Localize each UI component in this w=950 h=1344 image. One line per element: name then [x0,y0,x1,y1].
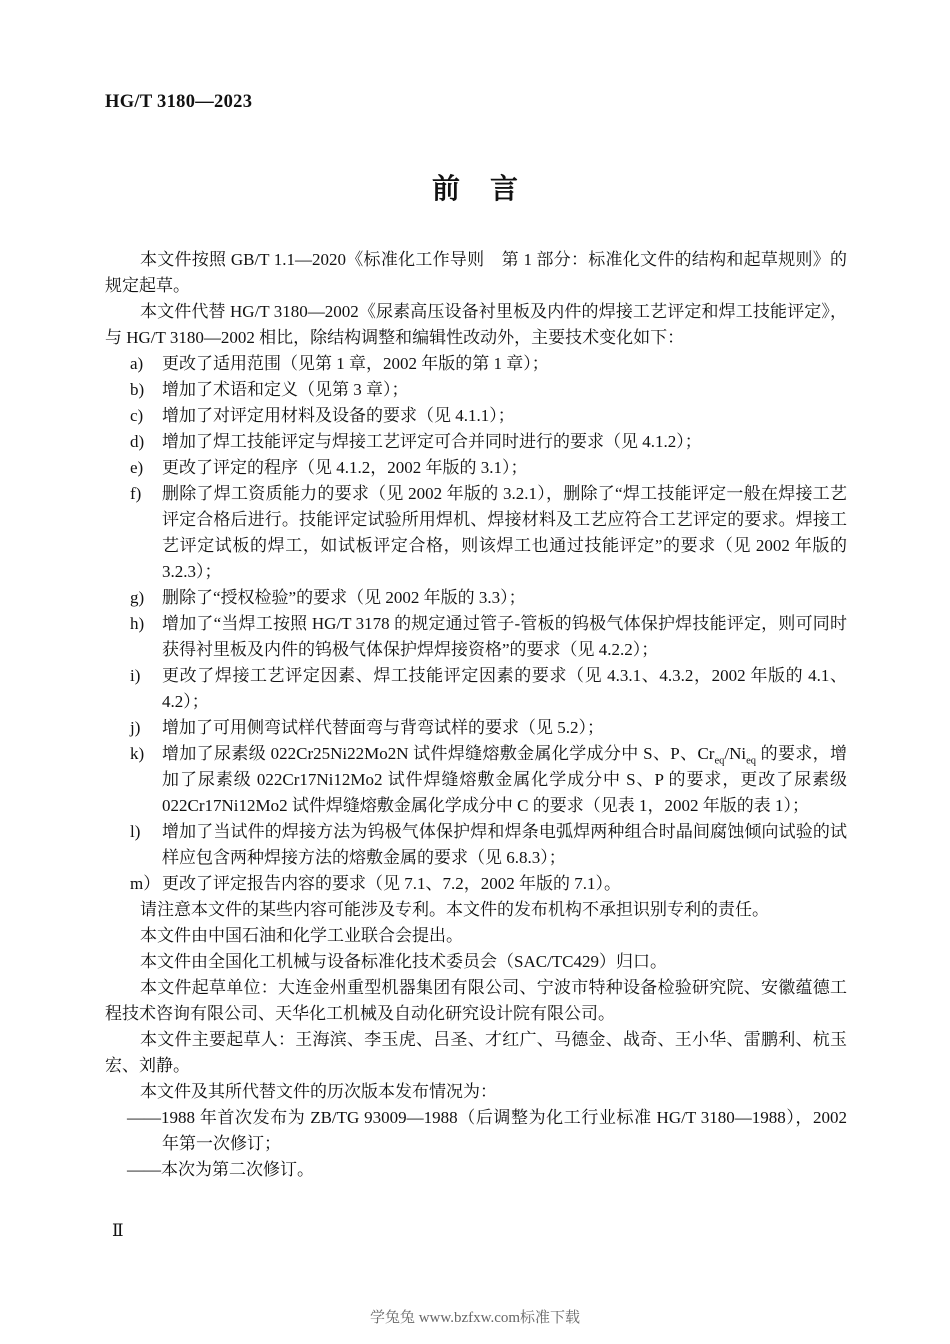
page-title: 前言 [0,167,950,207]
foreword-paragraph: 本文件及其所代替文件的历次版本发布情况为： [105,1079,847,1105]
change-list-item: d)增加了焊工技能评定与焊接工艺评定可合并同时进行的要求（见 4.1.2）； [105,429,847,455]
change-list-item: c)增加了对评定用材料及设备的要求（见 4.1.1）； [105,403,847,429]
change-list-item: h)增加了“当焊工按照 HG/T 3178 的规定通过管子-管板的钨极气体保护焊… [105,611,847,663]
subscript-text: eq [746,755,756,766]
list-item-label: h) [130,611,144,637]
list-item-label: f) [130,481,141,507]
list-item-label: b) [130,377,144,403]
list-item-label: j) [130,715,140,741]
foreword-paragraph: 请注意本文件的某些内容可能涉及专利。本文件的发布机构不承担识别专利的责任。 [105,897,847,923]
list-item-text: 增加了“当焊工按照 HG/T 3178 的规定通过管子-管板的钨极气体保护焊技能… [162,614,847,659]
change-list-item: f)删除了焊工资质能力的要求（见 2002 年版的 3.2.1），删除了“焊工技… [105,481,847,585]
list-item-text: 删除了“授权检验”的要求（见 2002 年版的 3.3）； [162,588,526,607]
foreword-paragraph: 本文件主要起草人：王海滨、李玉虎、吕圣、才红广、马德金、战奇、王小华、雷鹏利、杭… [105,1027,847,1079]
foreword-paragraph: 本文件按照 GB/T 1.1—2020《标准化工作导则 第 1 部分：标准化文件… [105,247,847,299]
list-item-label: a) [130,351,143,377]
document-page: HG/T 3180—2023 前言 本文件按照 GB/T 1.1—2020《标准… [0,0,950,1344]
list-item-text: 增加了当试件的焊接方法为钨极气体保护焊和焊条电弧焊两种组合时晶间腐蚀倾向试验的试… [162,822,847,867]
list-item-label: k) [130,741,144,767]
list-item-text: 增加了尿素级 022Cr25Ni22Mo2N 试件焊缝熔敷金属化学成分中 S、P… [162,744,847,815]
list-item-label: i) [130,663,140,689]
list-item-text: 删除了焊工资质能力的要求（见 2002 年版的 3.2.1），删除了“焊工技能评… [162,484,847,581]
list-item-text: 更改了评定报告内容的要求（见 7.1、7.2，2002 年版的 7.1）。 [162,874,621,893]
foreword-paragraph: 本文件由全国化工机械与设备标准化技术委员会（SAC/TC429）归口。 [105,949,847,975]
change-list-item: j)增加了可用侧弯试样代替面弯与背弯试样的要求（见 5.2）； [105,715,847,741]
list-item-label: m） [130,871,160,897]
page-number: Ⅱ [112,1221,124,1241]
subscript-text: eq [714,755,724,766]
foreword-content: 本文件按照 GB/T 1.1—2020《标准化工作导则 第 1 部分：标准化文件… [105,247,847,1183]
list-item-label: c) [130,403,143,429]
list-item-text: 更改了适用范围（见第 1 章，2002 年版的第 1 章）； [162,354,549,373]
list-item-label: e) [130,455,143,481]
page-title-char: 言 [490,174,518,205]
page-title-char: 前 [432,174,460,205]
list-item-text: 更改了评定的程序（见 4.1.2，2002 年版的 3.1）； [162,458,528,477]
change-list-item: g)删除了“授权检验”的要求（见 2002 年版的 3.3）； [105,585,847,611]
standard-number: HG/T 3180—2023 [105,92,252,113]
list-item-label: g) [130,585,144,611]
list-item-text: 增加了术语和定义（见第 3 章）； [162,380,409,399]
change-list-item: i)更改了焊接工艺评定因素、焊工技能评定因素的要求（见 4.3.1、4.3.2，… [105,663,847,715]
watermark-text: 学兔兔 www.bzfxw.com标准下载 [0,1306,950,1327]
foreword-paragraph: 本文件起草单位：大连金州重型机器集团有限公司、宁波市特种设备检验研究院、安徽蕴德… [105,975,847,1027]
list-item-label: d) [130,429,144,455]
change-list-item: e)更改了评定的程序（见 4.1.2，2002 年版的 3.1）； [105,455,847,481]
change-list-item: a)更改了适用范围（见第 1 章，2002 年版的第 1 章）； [105,351,847,377]
change-list-item: l)增加了当试件的焊接方法为钨极气体保护焊和焊条电弧焊两种组合时晶间腐蚀倾向试验… [105,819,847,871]
revision-history-item: ——1988 年首次发布为 ZB/TG 93009—1988（后调整为化工行业标… [105,1105,847,1157]
foreword-paragraph: 本文件由中国石油和化学工业联合会提出。 [105,923,847,949]
change-list-item: b)增加了术语和定义（见第 3 章）； [105,377,847,403]
list-item-text: 增加了焊工技能评定与焊接工艺评定可合并同时进行的要求（见 4.1.2）； [162,432,702,451]
revision-history-item: ——本次为第二次修订。 [105,1157,847,1183]
list-item-text: 增加了对评定用材料及设备的要求（见 4.1.1）； [162,406,515,425]
list-item-text: 增加了可用侧弯试样代替面弯与背弯试样的要求（见 5.2）； [162,718,604,737]
list-item-text: 更改了焊接工艺评定因素、焊工技能评定因素的要求（见 4.3.1、4.3.2，20… [162,666,847,711]
foreword-paragraph: 本文件代替 HG/T 3180—2002《尿素高压设备衬里板及内件的焊接工艺评定… [105,299,847,351]
change-list-item: k)增加了尿素级 022Cr25Ni22Mo2N 试件焊缝熔敷金属化学成分中 S… [105,741,847,819]
change-list-item: m）更改了评定报告内容的要求（见 7.1、7.2，2002 年版的 7.1）。 [105,871,847,897]
list-item-label: l) [130,819,140,845]
